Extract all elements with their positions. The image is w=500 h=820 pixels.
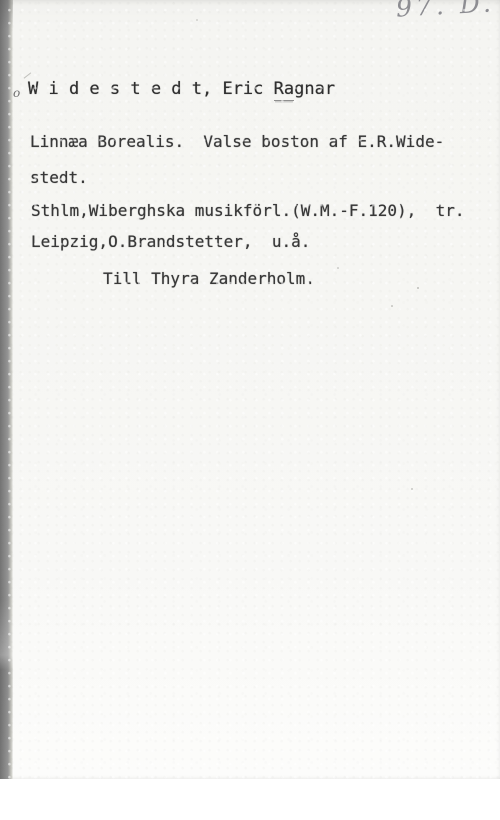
paper-speck	[411, 488, 413, 490]
paper-speck	[196, 19, 198, 21]
paper-speck	[337, 267, 339, 269]
paper-speck	[417, 287, 419, 289]
title-line-2: stedt.	[30, 170, 88, 186]
margin-circle-mark: o	[13, 86, 20, 100]
imprint-line-2: Leipzig,O.Brandstetter, u.å.	[31, 234, 310, 250]
dedication-line: Till Thyra Zanderholm.	[103, 271, 315, 287]
title-line-1: Linnæa Borealis. Valse boston af E.R.Wid…	[30, 134, 444, 150]
pencil-tick-mark	[24, 72, 32, 79]
scan-left-edge-shadow	[0, 0, 13, 779]
paper-speck	[391, 305, 393, 307]
author-name-underlined: Ra	[274, 79, 294, 101]
author-name-post: gnar	[294, 79, 335, 99]
catalog-card-scan: 97. D. o W i d e s t e d t, Eric Ragnar …	[0, 0, 500, 779]
author-name-pre: W i d e s t e d t, Eric	[28, 79, 274, 99]
handwritten-shelfmark: 97. D.	[395, 0, 495, 23]
author-heading: W i d e s t e d t, Eric Ragnar	[28, 81, 335, 98]
imprint-line-1: Sthlm,Wiberghska musikförl.(W.M.-F.120),…	[31, 203, 464, 219]
